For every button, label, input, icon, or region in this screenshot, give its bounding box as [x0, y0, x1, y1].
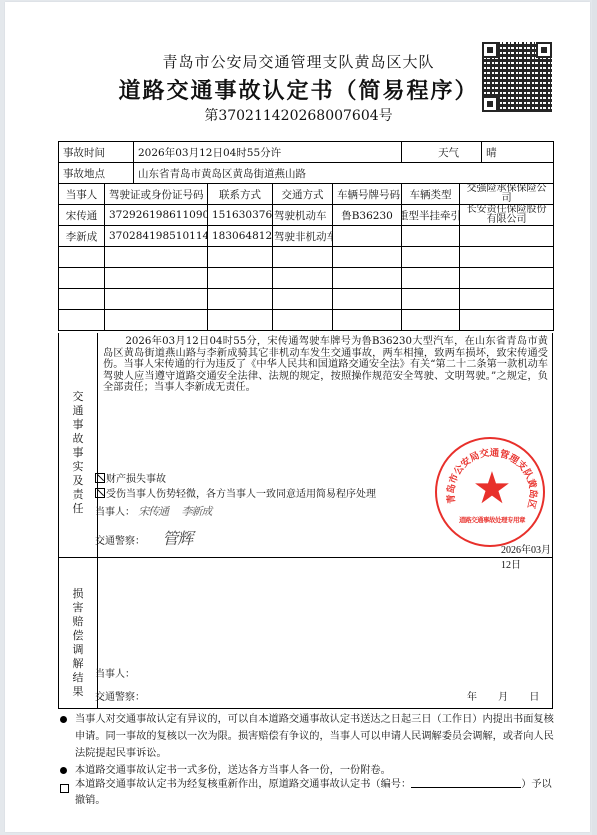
party-signature: 宋传通: [138, 505, 168, 518]
label-char: 及: [59, 474, 97, 488]
weather-label: 天气: [402, 142, 482, 163]
party-plate: [333, 226, 402, 247]
party-vehicle-type: [402, 226, 460, 247]
location-value: 山东省青岛市黄岛区黄岛街道燕山路: [134, 163, 554, 184]
party-plate: 鲁B36230: [333, 205, 402, 226]
label-char: 故: [59, 432, 97, 446]
label-char: 损: [59, 587, 97, 601]
location-label: 事故地点: [59, 163, 134, 184]
party-transport: 驾驶非机动车: [273, 226, 333, 247]
official-seal-icon: 青岛市公安局交通管理支队黄岛区大队 ★ 道路交通事故处理专用章: [435, 437, 545, 547]
seal-subtext: 道路交通事故处理专用章: [455, 515, 529, 524]
label-char: 调: [59, 643, 97, 657]
party-transport: 驾驶机动车: [273, 205, 333, 226]
accident-time-row: 事故时间 2026年03月12日04时55分许 天气 晴: [59, 142, 554, 163]
note-item: 本道路交通事故认定书为经复核重新作出，原道路交通事故认定书（编号：）予以撤销。: [60, 777, 560, 809]
label-char: 实: [59, 460, 97, 474]
property-damage-option[interactable]: 财产损失事故: [95, 470, 166, 485]
weather-value: 晴: [482, 142, 554, 163]
label-char: 赔: [59, 615, 97, 629]
bullet-icon: [60, 716, 67, 723]
notes-section: 当事人对交通事故认定有异议的，可以自本道路交通事故认定书送达之日起三日（工作日）…: [60, 711, 560, 809]
label-char: 偿: [59, 629, 97, 643]
party-row-empty: [59, 268, 554, 289]
party-contact: 18306481234: [208, 226, 273, 247]
scrollbar[interactable]: [592, 0, 597, 835]
note-text: 本道路交通事故认定书为经复核重新作出，原道路交通事故认定书（编号：: [75, 779, 411, 790]
col-transport: 交通方式: [273, 184, 333, 205]
party-row-empty: [59, 310, 554, 331]
time-label: 事故时间: [59, 142, 134, 163]
mediation-police-label: 交通警察：: [95, 688, 145, 703]
label-char: 事: [59, 418, 97, 432]
note-item: 本道路交通事故认定书一式多份，送达各方当事人各一份，一份附卷。: [60, 764, 560, 777]
facts-side-label: 交 通 事 故 事 实 及 责 任: [59, 333, 98, 557]
party-contact: 15163037621: [208, 205, 273, 226]
party-insurer: 长安责任保险股份有限公司: [460, 205, 554, 226]
label-char: 交: [59, 390, 97, 404]
mediation-date: 年 月 日: [467, 688, 539, 703]
accident-info-table: 事故时间 2026年03月12日04时55分许 天气 晴 事故地点 山东省青岛市…: [58, 141, 554, 331]
party-row: 李新成 370284198510114816 18306481234 驾驶非机动…: [59, 226, 554, 247]
party-vehicle-type: 重型半挂牵引车: [402, 205, 460, 226]
label-char: 结: [59, 671, 97, 685]
label-char: 责: [59, 488, 97, 502]
label-char: 事: [59, 446, 97, 460]
minor-injury-option[interactable]: 受伤当事人伤势轻微，各方当事人一致同意适用简易程序处理: [95, 485, 376, 500]
mediation-party-label: 当事人：: [95, 665, 135, 680]
police-sign-label: 交通警察：: [95, 536, 145, 547]
label-char: 解: [59, 657, 97, 671]
label-char: 果: [59, 685, 97, 699]
note-item: 当事人对交通事故认定有异议的，可以自本道路交通事故认定书送达之日起三日（工作日）…: [60, 711, 560, 762]
note-text: 本道路交通事故认定书一式多份，送达各方当事人各一份，一份附卷。: [75, 765, 391, 776]
qr-code-icon: [482, 42, 552, 112]
col-contact: 联系方式: [208, 184, 273, 205]
label-char: 害: [59, 601, 97, 615]
qr-finder-icon: [482, 96, 498, 112]
party-signature-line: 当事人： 宋传通 李新成: [95, 503, 211, 519]
qr-finder-icon: [482, 42, 498, 58]
party-row: 宋传通 372926198611090514 15163037621 驾驶机动车…: [59, 205, 554, 226]
star-icon: ★: [472, 469, 512, 509]
mediation-side-label: 损 害 赔 偿 调 解 结 果: [59, 558, 98, 708]
label-char: 任: [59, 502, 97, 516]
qr-finder-icon: [536, 42, 552, 58]
label-char: 通: [59, 404, 97, 418]
note-text: 当事人对交通事故认定有异议的，可以自本道路交通事故认定书送达之日起三日（工作日）…: [75, 714, 554, 759]
party-id: 372926198611090514: [105, 205, 208, 226]
party-insurer: [460, 226, 554, 247]
party-sign-label: 当事人：: [95, 507, 135, 518]
party-signature: 李新成: [181, 505, 211, 518]
checkbox-icon[interactable]: [60, 784, 69, 793]
party-name: 李新成: [59, 226, 105, 247]
party-row-empty: [59, 247, 554, 268]
parties-header-row: 当事人 驾驶证或身份证号码 联系方式 交通方式 车辆号牌号码 车辆类型 交强险承…: [59, 184, 554, 205]
checkbox-checked-icon[interactable]: [95, 473, 105, 483]
time-value: 2026年03月12日04时55分许: [134, 142, 402, 163]
col-insurer: 交强险承保保险公司: [460, 184, 554, 205]
weather-label-text: 天气: [424, 147, 459, 159]
col-plate: 车辆号牌号码: [333, 184, 402, 205]
property-damage-label: 财产损失事故: [106, 474, 166, 485]
checkbox-checked-icon[interactable]: [95, 488, 105, 498]
party-row-empty: [59, 289, 554, 310]
col-party: 当事人: [59, 184, 105, 205]
party-id: 370284198510114816: [105, 226, 208, 247]
party-name: 宋传通: [59, 205, 105, 226]
col-vehicle-type: 车辆类型: [402, 184, 460, 205]
original-number-blank: [411, 777, 521, 788]
minor-injury-label: 受伤当事人伤势轻微，各方当事人一致同意适用简易程序处理: [106, 489, 376, 500]
police-signature: 管辉: [162, 529, 192, 548]
bullet-icon: [60, 767, 67, 774]
facts-text: 2026年03月12日04时55分，宋传通驾驶车牌号为鲁B36230大型汽车，在…: [103, 336, 548, 394]
mediation-section: 损 害 赔 偿 调 解 结 果 当事人： 交通警察： 年 月 日: [58, 557, 553, 709]
police-signature-line: 交通警察： 管辉: [95, 526, 192, 549]
col-license-id: 驾驶证或身份证号码: [105, 184, 208, 205]
accident-location-row: 事故地点 山东省青岛市黄岛区黄岛街道燕山路: [59, 163, 554, 184]
